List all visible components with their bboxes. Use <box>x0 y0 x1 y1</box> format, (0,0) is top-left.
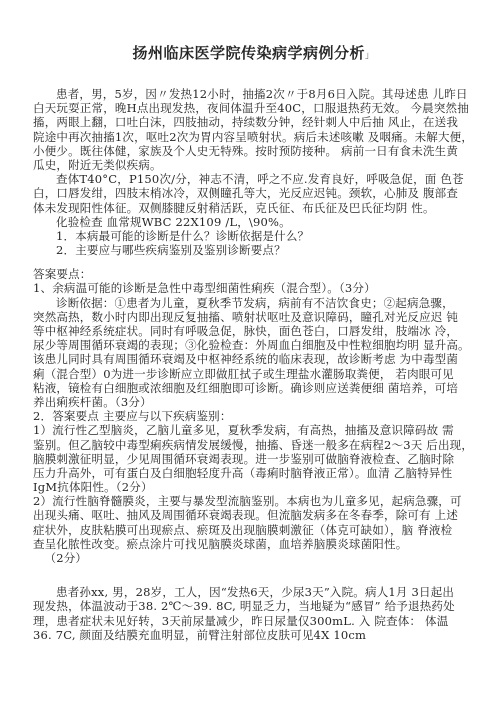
text-line: 搐，两眼上翻，口吐白沫，四肢抽动，持续数分钟，经针刺人中后抽 风止，在送我 <box>33 115 474 129</box>
text-line: 突然高热，数小时内即出现反复抽搐、喷射状呕吐及意识障码，瞳孔对光反应迟 钝 <box>33 310 474 324</box>
text-line: 36. 7C, 颜面及结膜充血明显，前臂注射部位皮肤可见4X 10cm <box>33 628 474 642</box>
text-line: 该患儿同时具有周围循环衰竭及中枢神经系统的临床表现，故诊断考虑 为中毒型菌 <box>33 352 474 366</box>
text-line: 症状外，皮肤粘膜可出现瘀点、瘀斑及出现脑膜刺激征（体克可缺如），脑 脊液检 <box>33 523 474 537</box>
text-line: 养出痢疾杆菌。（3分） <box>33 395 474 409</box>
text-line: 等中枢神经系统症状。同时有呼吸急促，脉快，面色苍白，口唇发绀，肢端冰 冷， <box>33 324 474 338</box>
document-body: 患者，男，5岁，因〃发热12小时，抽搐2次〃于8月6日入院。其母述患 儿昨日白天… <box>33 87 474 642</box>
page-title: 扬州临床医学院传染病学病例分析」 <box>33 42 474 63</box>
text-line: 小便少。既往体健，家族及个人史无特殊。按时预防接种。 病前一日有食未洗生黄 <box>33 144 474 158</box>
blank-line <box>33 565 474 575</box>
document-page: 扬州临床医学院传染病学病例分析」 患者，男，5岁，因〃发热12小时，抽搐2次〃于… <box>0 0 500 707</box>
text-line: 痢（混合型）0为进一步诊断应立即做肛拭子或生理盐水灌肠取粪便， 若肉眼可见 <box>33 367 474 381</box>
text-line: 查呈化脓性改变。瘀点涂片可找见脑膜炎球菌，血培养脑膜炎球菌阳性。 <box>33 537 474 551</box>
text-line: （2分） <box>33 551 474 565</box>
text-line: 理，患者症状未见好转，3天前尿量减少，昨日尿量仅300mL. 入 院查体： 体温 <box>33 614 474 628</box>
text-line: 白天玩耍正常，晚H点出现发热，夜间体温升至40C，口服退热药无效。 今晨突然抽 <box>33 101 474 115</box>
paragraph-mark: 」 <box>365 51 375 61</box>
text-line: 院途中再次抽搐1次，呕吐2次为胃内容呈喷射状。病后未述咳嗽 及咽痛。未解大便， <box>33 130 474 144</box>
text-line: 压力升高外，可有蛋白及白细胞轻度升高（毒痢时脑脊液正常）。血清 乙脑特异性 <box>33 466 474 480</box>
text-line: 尿少等周围循环衰竭的表现；③化验检查：外周血白细胞及中性粒细胞均明 显升高。 <box>33 338 474 352</box>
text-line: 现发热，体温波动于38. 2℃～39. 8C, 明显乏力，当地疑为“感冒” 给予… <box>33 599 474 613</box>
text-line: 2．主要应与哪些疾病鉴别及鉴别诊断要点？ <box>33 243 474 257</box>
text-line: 患者孙xx, 男，28岁，工人，因“发热6天，少尿3天”入院。病人1月 3日起出 <box>33 585 474 599</box>
text-line: 出现头痛、呕吐、抽风及周围循环衰竭表现。但流脑发病多在冬春季，除可有 上述 <box>33 508 474 522</box>
text-line: 白，口唇发绀，四肢末梢冰冷，双侧瞳孔等大，光反应迟钝。颈软，心肺及 腹部查 <box>33 186 474 200</box>
text-line: 鉴别。但乙脑较中毒型痢疾病情发展缓慢，抽搐、昏迷一般多在病程2～3天 后出现， <box>33 438 474 452</box>
text-line: 患者，男，5岁，因〃发热12小时，抽搐2次〃于8月6日入院。其母述患 儿昨日 <box>33 87 474 101</box>
text-line: 化验检查 血常规WBC 22X109 /L，\90%。 <box>33 215 474 229</box>
text-line: 1）流行性乙型脑炎，乙脑儿童多见，夏秋季发病，有高热，抽搐及意识障码故 需 <box>33 423 474 437</box>
text-line: 诊断依据：①患者为儿童，夏秋季节发病，病前有不洁饮食史；②起病急骤， <box>33 296 474 310</box>
text-line: 体未发现阳性体征。双侧膝腱反射稍活跃，克氏征、布氏征及巴氏征均阴 性。 <box>33 201 474 215</box>
text-line: 2）流行性脑脊髓膜炎，主要与暴发型流脑鉴别。本病也为儿童多见，起病急骤，可 <box>33 494 474 508</box>
text-line: 1、余病温可能的诊断是急性中毒型细菌性痢疾（混合型）。（3分） <box>33 281 474 295</box>
text-line: 答案要点： <box>33 267 474 281</box>
page-title-text: 扬州临床医学院传染病学病例分析 <box>132 44 365 62</box>
text-line: 1．本病最可能的诊断是什么？诊断依据是什么？ <box>33 229 474 243</box>
text-line: 瓜史，附近无类似疾病。 <box>33 158 474 172</box>
blank-line <box>33 257 474 267</box>
text-line: IgM抗体阳性。（2分） <box>33 480 474 494</box>
blank-line <box>33 575 474 585</box>
text-line: 粘液，镜检有白细胞或浓细胞及红细胞即可诊断。确诊则应送粪便细 菌培养，可培 <box>33 381 474 395</box>
text-line: 2．答案要点 主要应与以下疾病鉴别： <box>33 409 474 423</box>
text-line: 查体T40°C，P150次/分，神志不清，呼之不应.发育良好，呼吸急促，面 色苍 <box>33 172 474 186</box>
text-line: 脑膜刺激征明显，少见周围循环衰竭表现。进一步鉴别可做脑脊液检查、乙脑时除 <box>33 452 474 466</box>
